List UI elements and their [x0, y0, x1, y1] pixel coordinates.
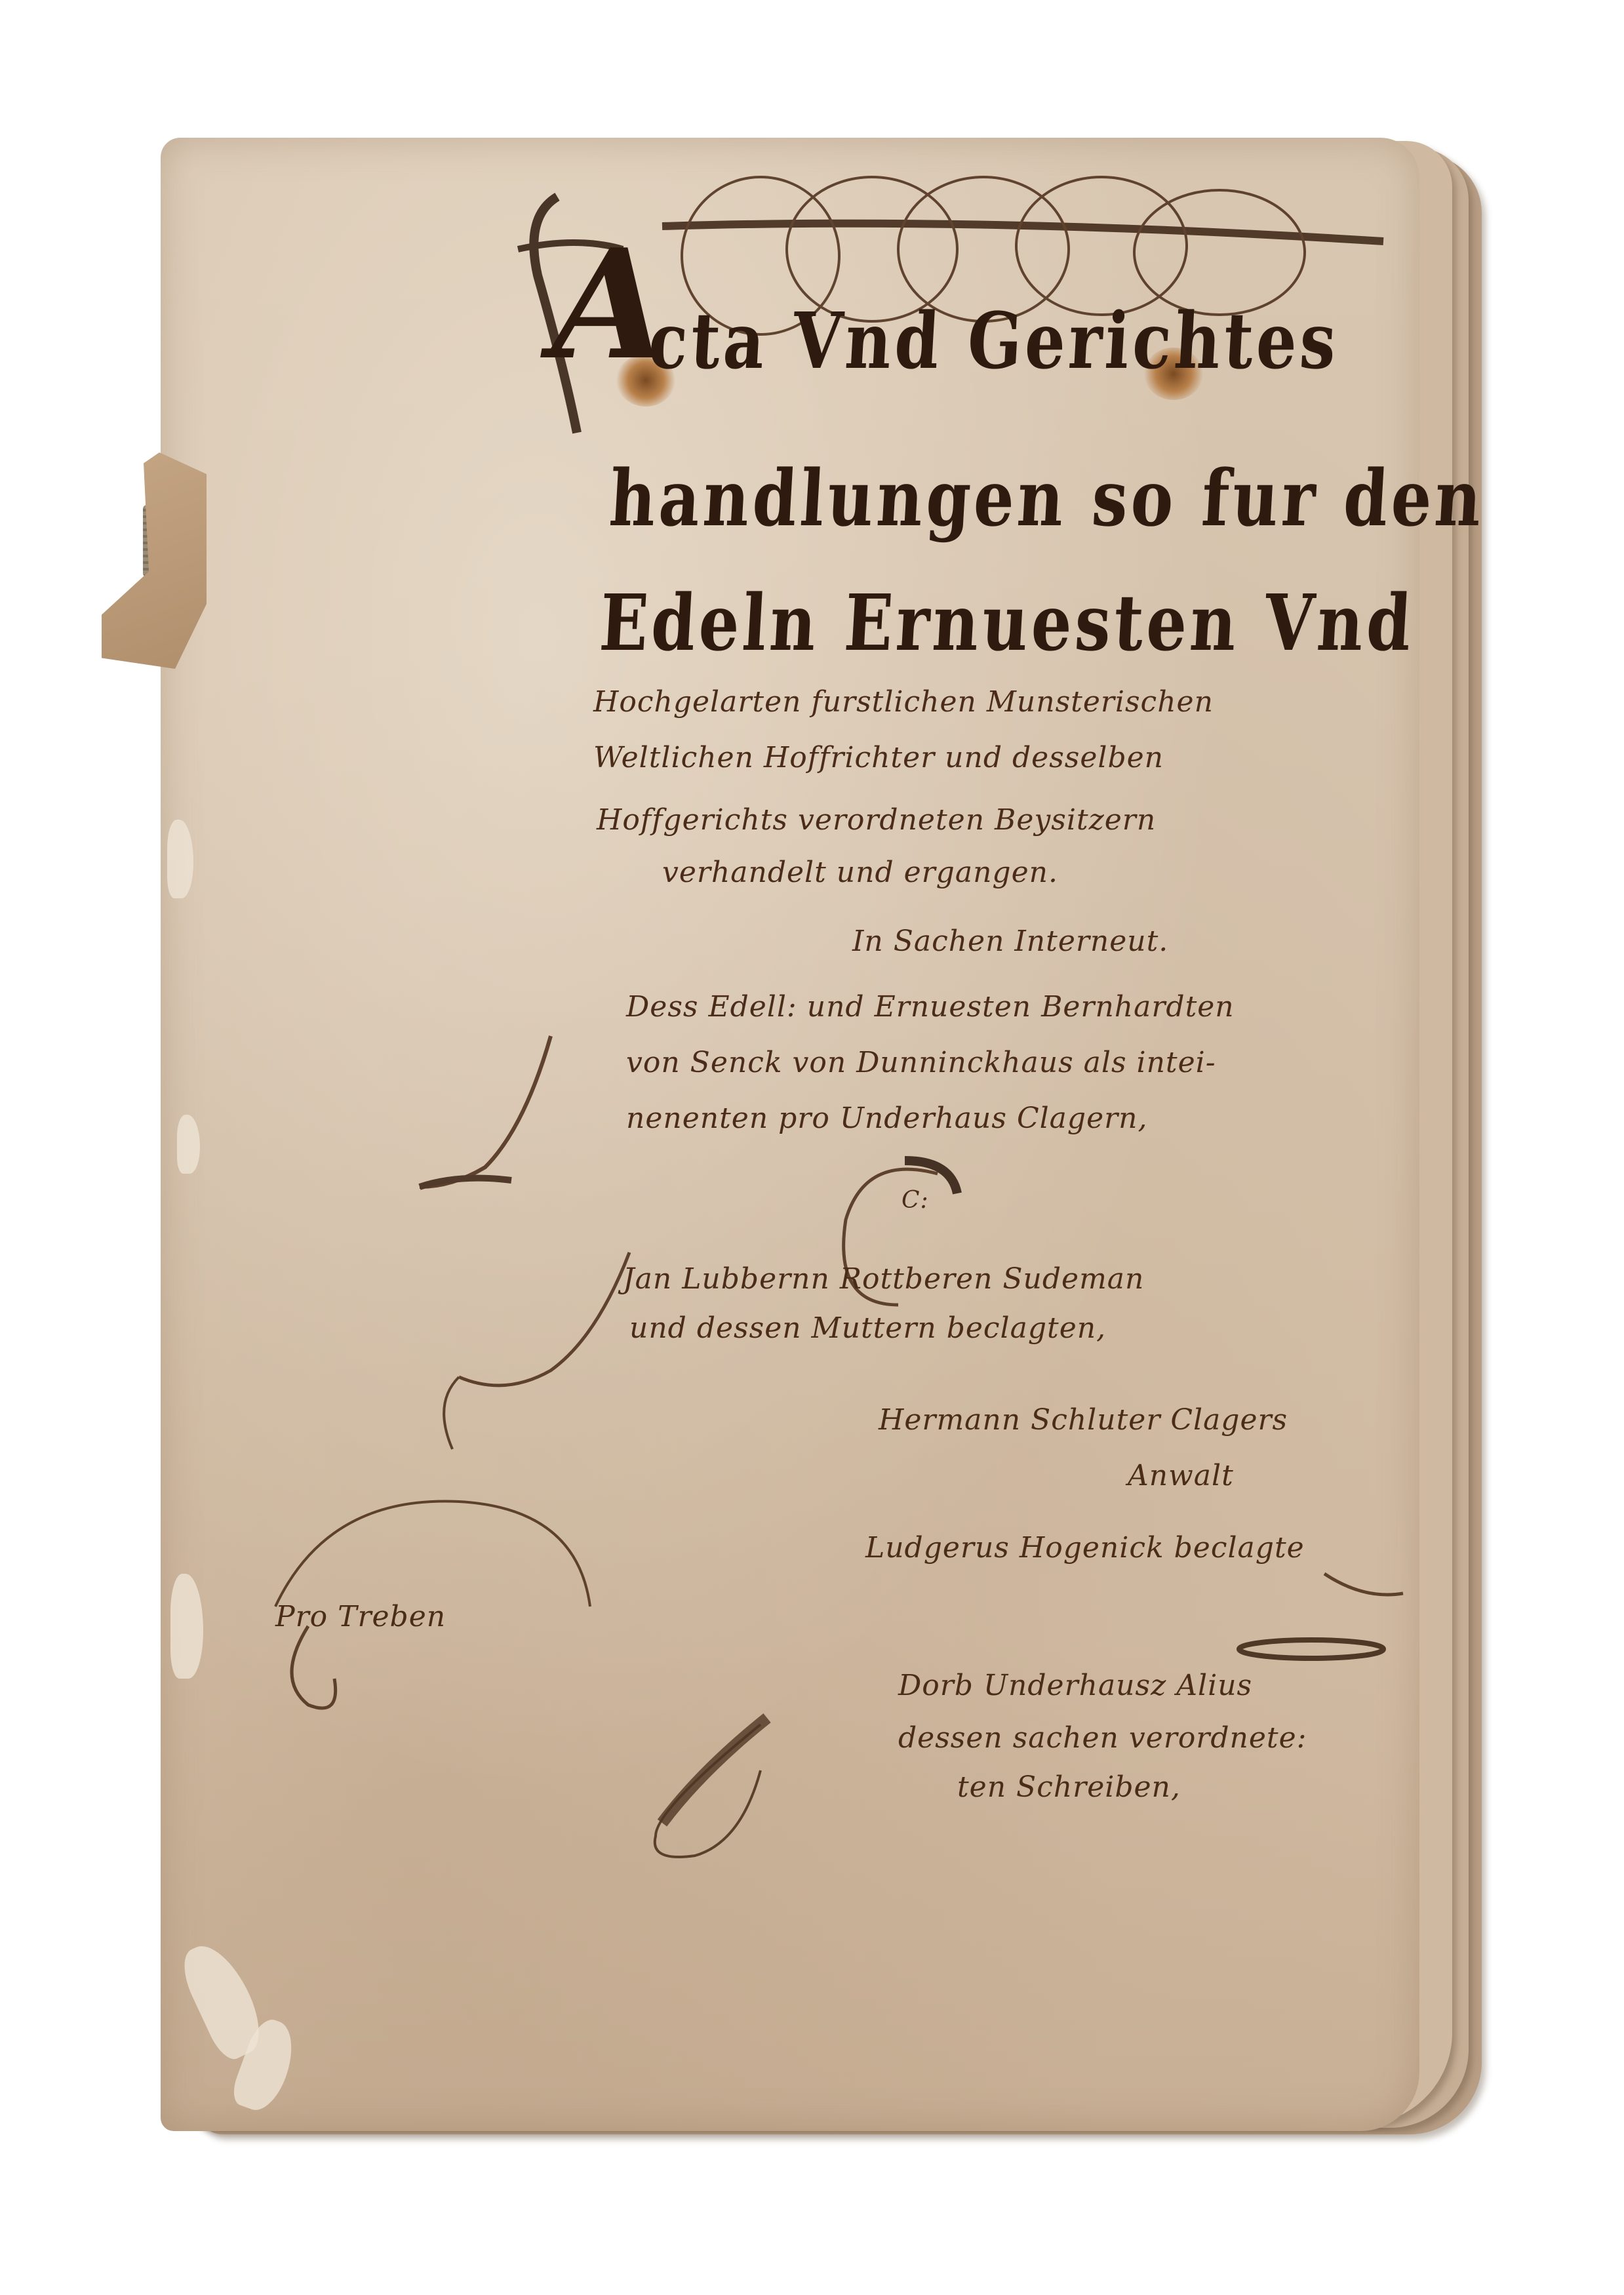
- section-line: Jan Lubbernn Rottberen Sudeman: [623, 1262, 1144, 1296]
- body-line: Weltlichen Hoffrichter und desselben: [593, 741, 1164, 774]
- section-line: Anwalt: [1128, 1459, 1234, 1492]
- section-line: Dorb Underhausz Alius: [898, 1669, 1252, 1702]
- title-line-3: Edeln Ernuesten Vnd: [597, 577, 1417, 668]
- section-line: Ludgerus Hogenick beclagte: [865, 1531, 1305, 1565]
- body-line: Hochgelarten furstlichen Munsterischen: [593, 685, 1214, 719]
- body-line: verhandelt und ergangen.: [662, 856, 1058, 889]
- section-line: dessen sachen verordnete:: [898, 1721, 1307, 1755]
- section-line: Dess Edell: und Ernuesten Bernhardten: [626, 990, 1235, 1024]
- section-line: von Senck von Dunninckhaus als intei-: [626, 1046, 1216, 1079]
- body-line: Hoffgerichts verordneten Beysitzern: [597, 803, 1156, 837]
- section-heading: In Sachen Interneut.: [852, 925, 1168, 958]
- section-line: Hermann Schluter Clagers: [879, 1403, 1288, 1437]
- title-line-1: cta Vnd Gerichtes: [646, 295, 1341, 386]
- contra-mark: C:: [901, 1187, 929, 1214]
- margin-note: Pro Treben: [275, 1600, 446, 1633]
- section-line: nenenten pro Underhaus Clagern,: [626, 1102, 1147, 1135]
- title-line-2: handlungen so fur den: [607, 452, 1487, 544]
- section-line: und dessen Muttern beclagten,: [629, 1311, 1106, 1345]
- section-line: ten Schreiben,: [957, 1770, 1181, 1804]
- binding-tab: [102, 452, 207, 669]
